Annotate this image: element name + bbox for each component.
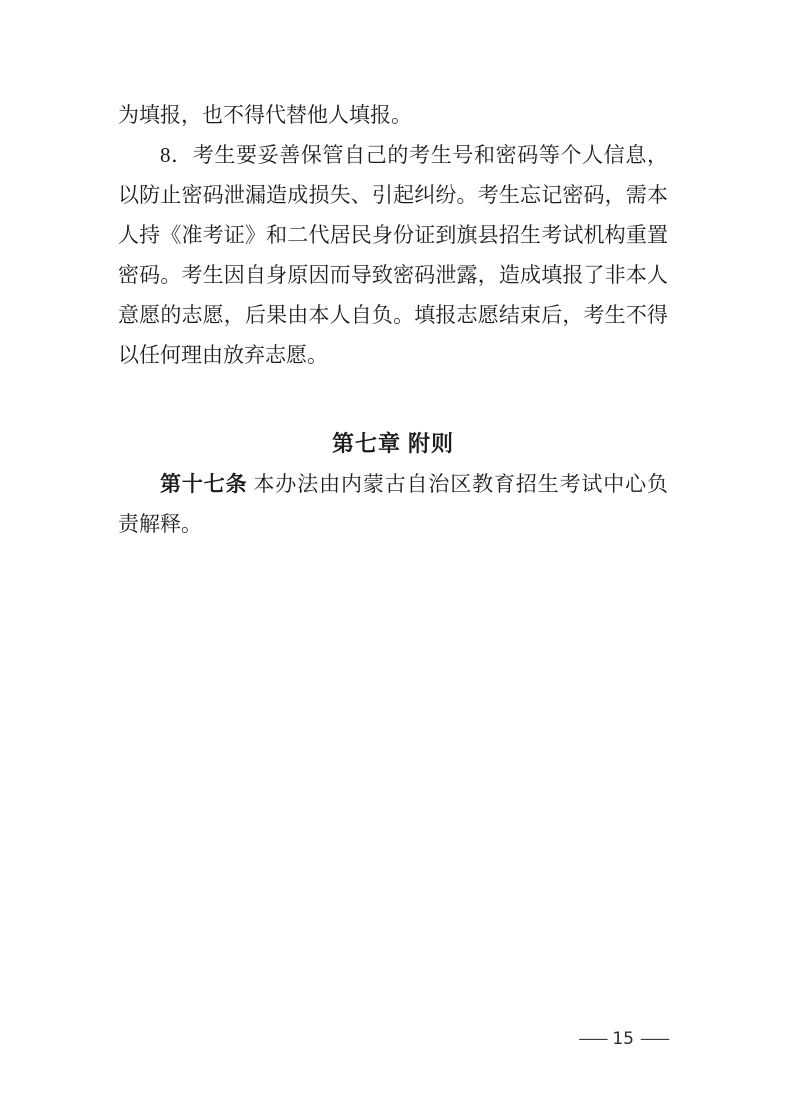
item-8-line-4: 密码。考生因自身原因而导致密码泄露，造成填报了非本人 [118, 255, 668, 295]
document-body: 为填报，也不得代替他人填报。 8．考生要妥善保管自己的考生号和密码等个人信息， … [118, 95, 668, 544]
paragraph-continuation-line: 为填报，也不得代替他人填报。 [118, 95, 668, 135]
item-8-line-6: 以任何理由放弃志愿。 [118, 335, 668, 375]
document-page: 为填报，也不得代替他人填报。 8．考生要妥善保管自己的考生号和密码等个人信息， … [0, 0, 785, 1111]
article-17-line-2: 责解释。 [118, 504, 668, 544]
article-17-term: 第十七条 [160, 472, 247, 496]
item-8-line-1: 8．考生要妥善保管自己的考生号和密码等个人信息， [118, 135, 668, 175]
article-17-text: 本办法由内蒙古自治区教育招生考试中心负 [247, 472, 668, 496]
footer-dash-right: —— [640, 1029, 668, 1048]
article-17-line-1: 第十七条 本办法由内蒙古自治区教育招生考试中心负 [118, 464, 668, 504]
footer-dash-left: —— [578, 1029, 606, 1048]
item-8-line-3: 人持《准考证》和二代居民身份证到旗县招生考试机构重置 [118, 215, 668, 255]
item-8-line-5: 意愿的志愿，后果由本人自负。填报志愿结束后，考生不得 [118, 295, 668, 335]
page-footer: ——15—— [578, 1029, 668, 1049]
chapter-7-heading: 第七章 附则 [118, 424, 668, 464]
page-number: 15 [612, 1029, 634, 1049]
item-8-line-2: 以防止密码泄漏造成损失、引起纠纷。考生忘记密码，需本 [118, 175, 668, 215]
